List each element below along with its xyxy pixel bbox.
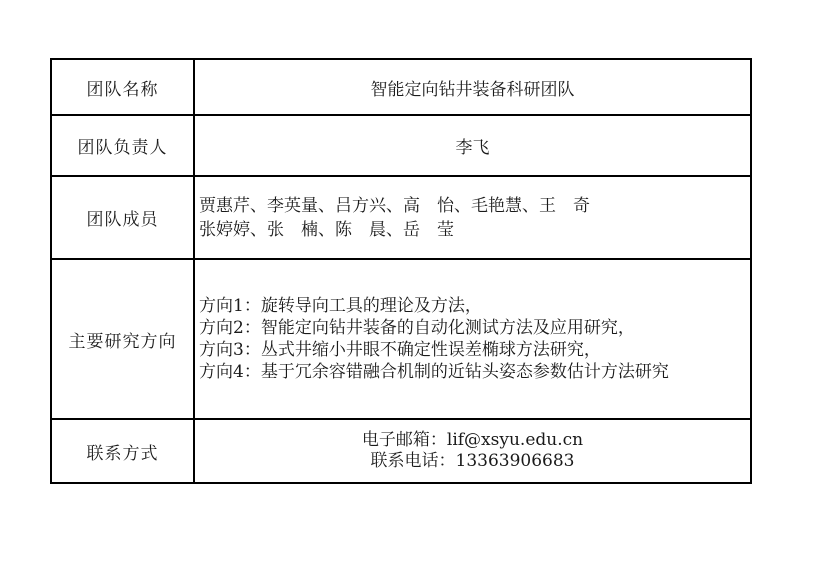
team-members-label: 团队成员 xyxy=(51,176,194,259)
row-team-leader: 团队负责人 李飞 xyxy=(51,115,751,176)
contact-label: 联系方式 xyxy=(51,419,194,483)
row-contact: 联系方式 电子邮箱：lif@xsyu.edu.cn 联系电话：133639066… xyxy=(51,419,751,483)
members-line: 贾惠芹、李英量、吕方兴、高 怡、毛艳慧、王 奇 xyxy=(199,194,750,218)
contact-value: 电子邮箱：lif@xsyu.edu.cn 联系电话：13363906683 xyxy=(194,419,751,483)
team-info-table: 团队名称 智能定向钻井装备科研团队 团队负责人 李飞 团队成员 贾惠芹、李英量、… xyxy=(50,58,752,484)
direction-item: 方向4：基于冗余容错融合机制的近钻头姿态参数估计方法研究 xyxy=(199,361,750,383)
members-line: 张婷婷、张 楠、陈 晨、岳 莹 xyxy=(199,218,750,242)
row-team-name: 团队名称 智能定向钻井装备科研团队 xyxy=(51,59,751,115)
research-directions-label: 主要研究方向 xyxy=(51,259,194,419)
direction-item: 方向3：丛式井缩小井眼不确定性误差椭球方法研究， xyxy=(199,339,750,361)
team-name-value: 智能定向钻井装备科研团队 xyxy=(194,59,751,115)
row-team-members: 团队成员 贾惠芹、李英量、吕方兴、高 怡、毛艳慧、王 奇 张婷婷、张 楠、陈 晨… xyxy=(51,176,751,259)
team-members-value: 贾惠芹、李英量、吕方兴、高 怡、毛艳慧、王 奇 张婷婷、张 楠、陈 晨、岳 莹 xyxy=(194,176,751,259)
contact-email: 电子邮箱：lif@xsyu.edu.cn xyxy=(195,430,750,451)
direction-item: 方向2：智能定向钻井装备的自动化测试方法及应用研究， xyxy=(199,317,750,339)
team-leader-label: 团队负责人 xyxy=(51,115,194,176)
row-research-directions: 主要研究方向 方向1：旋转导向工具的理论及方法， 方向2：智能定向钻井装备的自动… xyxy=(51,259,751,419)
research-directions-value: 方向1：旋转导向工具的理论及方法， 方向2：智能定向钻井装备的自动化测试方法及应… xyxy=(194,259,751,419)
team-name-label: 团队名称 xyxy=(51,59,194,115)
direction-item: 方向1：旋转导向工具的理论及方法， xyxy=(199,295,750,317)
team-leader-value: 李飞 xyxy=(194,115,751,176)
contact-phone: 联系电话：13363906683 xyxy=(195,451,750,472)
